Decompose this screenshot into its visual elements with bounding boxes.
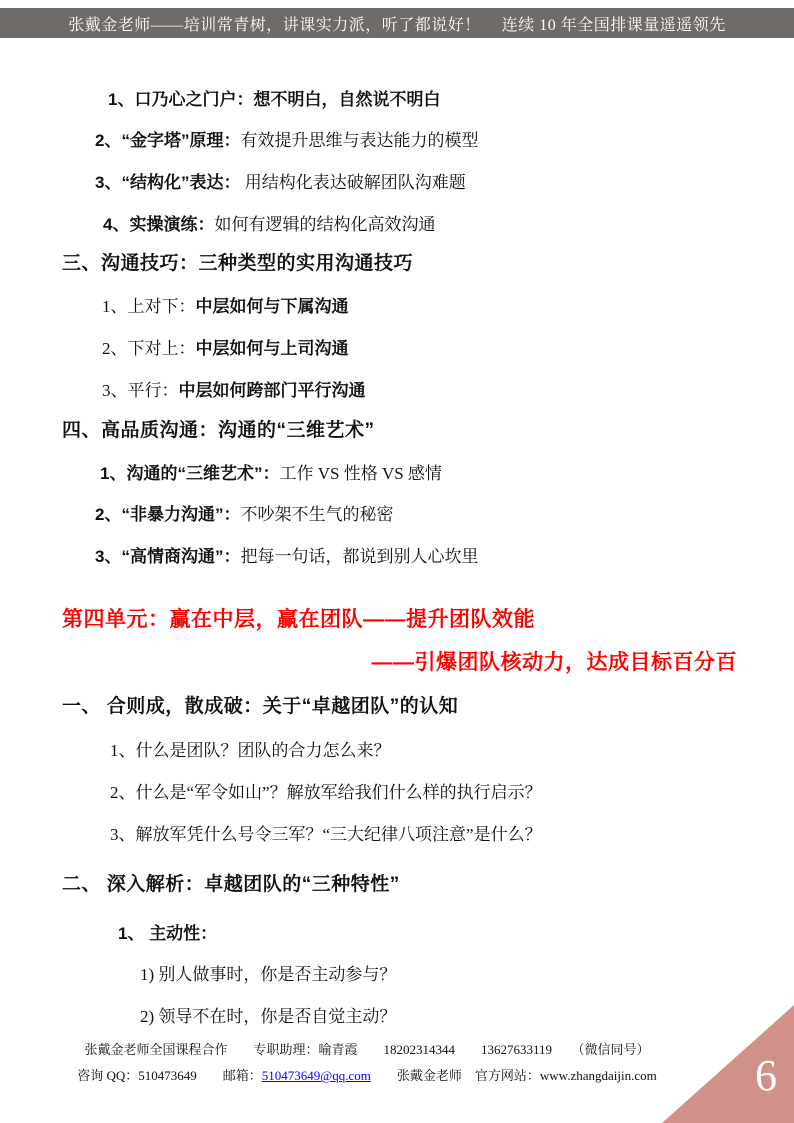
document-page: 张戴金老师——培训常青树，讲课实力派，听了都说好！ 连续 10 年全国排课量遥遥… [0, 0, 794, 1123]
outline-item: 1、沟通的“三维艺术”：工作 VS 性格 VS 感情 [100, 459, 442, 484]
email-link[interactable]: 510473649@qq.com [262, 1068, 371, 1083]
section-heading-4: 四、高品质沟通：沟通的“三维艺术” [62, 415, 375, 442]
page-number: 6 [748, 1050, 784, 1101]
section-heading-3: 三、沟通技巧：三种类型的实用沟通技巧 [62, 248, 413, 275]
outline-item: 2、什么是“军令如山”？解放军给我们什么样的执行启示？ [110, 778, 542, 803]
outline-item: 2、下对上：中层如何与上司沟通 [102, 334, 349, 359]
outline-item: 2、“非暴力沟通”：不吵架不生气的秘密 [95, 500, 393, 525]
header-slogan: 张戴金老师——培训常青树，讲课实力派，听了都说好！ 连续 10 年全国排课量遥遥… [68, 12, 726, 35]
footer-qq-email-label: 咨询 QQ：510473649 邮箱： [77, 1068, 262, 1083]
footer-line-2: 咨询 QQ：510473649 邮箱：510473649@qq.com 张戴金老… [0, 1065, 734, 1084]
outline-item: 1、 主动性： [118, 919, 217, 944]
section-heading-2: 二、 深入解析：卓越团队的“三种特性” [62, 869, 400, 896]
section-heading-1: 一、 合则成，散成破：关于“卓越团队”的认知 [62, 691, 458, 718]
footer-website-text: 张戴金老师 官方网站：www.zhangdaijin.com [371, 1068, 657, 1083]
outline-item: 1、口乃心之门户：想不明白，自然说不明白 [108, 85, 440, 110]
outline-item: 1、什么是团队？团队的合力怎么来？ [110, 736, 391, 761]
unit-title-line1: 第四单元：赢在中层，赢在团队——提升团队效能 [62, 603, 535, 633]
footer-line-1: 张戴金老师全国课程合作 专职助理：喻青霞 18202314344 1362763… [0, 1039, 734, 1058]
unit-title-line2: ——引爆团队核动力，达成目标百分百 [0, 646, 737, 676]
outline-item: 1、上对下：中层如何与下属沟通 [102, 292, 349, 317]
outline-subitem: 1) 别人做事时，你是否主动参与？ [140, 960, 396, 985]
outline-item: 4、实操演练：如何有逻辑的结构化高效沟通 [103, 210, 435, 235]
outline-item: 3、“结构化”表达： 用结构化表达破解团队沟难题 [95, 168, 466, 193]
page-header-banner: 张戴金老师——培训常青树，讲课实力派，听了都说好！ 连续 10 年全国排课量遥遥… [0, 8, 794, 38]
outline-item: 2、“金字塔”原理：有效提升思维与表达能力的模型 [95, 126, 478, 151]
outline-item: 3、解放军凭什么号令三军？“三大纪律八项注意”是什么？ [110, 820, 542, 845]
footer-contact-text: 张戴金老师全国课程合作 专职助理：喻青霞 18202314344 1362763… [84, 1042, 649, 1057]
outline-item: 3、平行：中层如何跨部门平行沟通 [102, 376, 366, 401]
outline-item: 3、“高情商沟通”：把每一句话，都说到别人心坎里 [95, 542, 478, 567]
outline-subitem: 2) 领导不在时，你是否自觉主动？ [140, 1002, 396, 1027]
